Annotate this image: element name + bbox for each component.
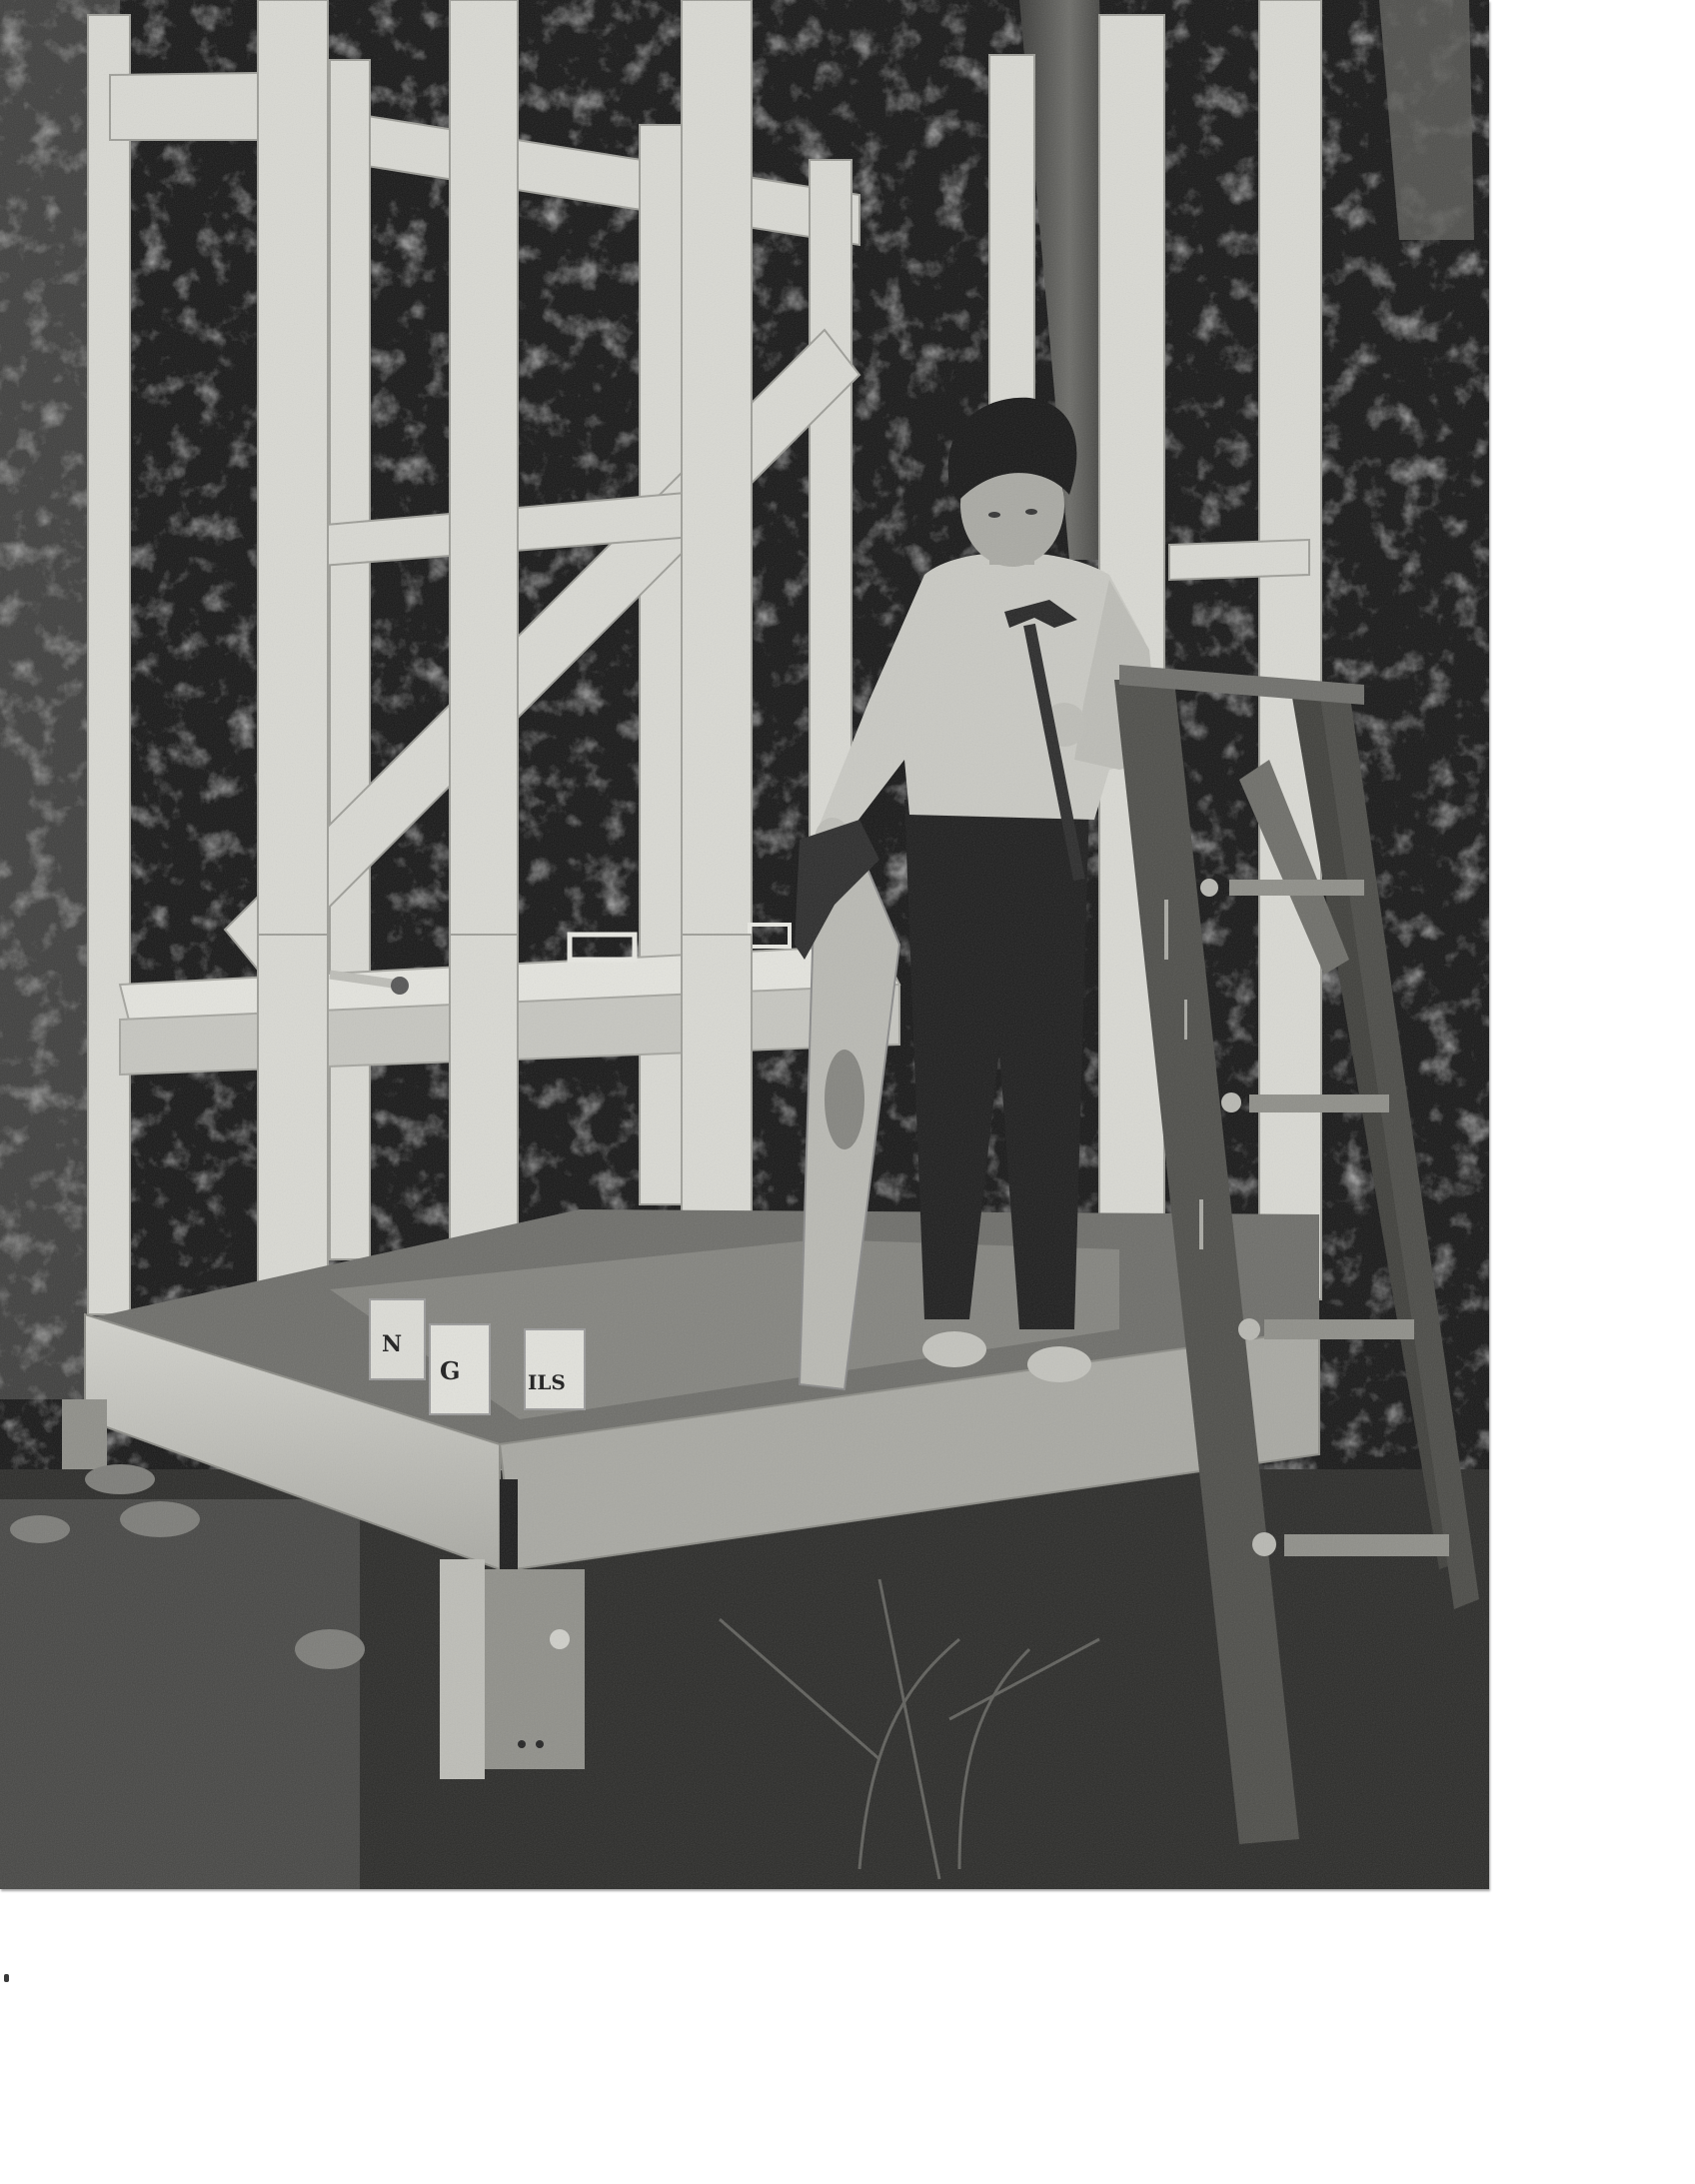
film-grain xyxy=(0,0,1489,1889)
photo-scene: N G ILS xyxy=(0,0,1489,1889)
scan-speck xyxy=(4,1974,9,1982)
photograph: N G ILS xyxy=(0,0,1489,1889)
